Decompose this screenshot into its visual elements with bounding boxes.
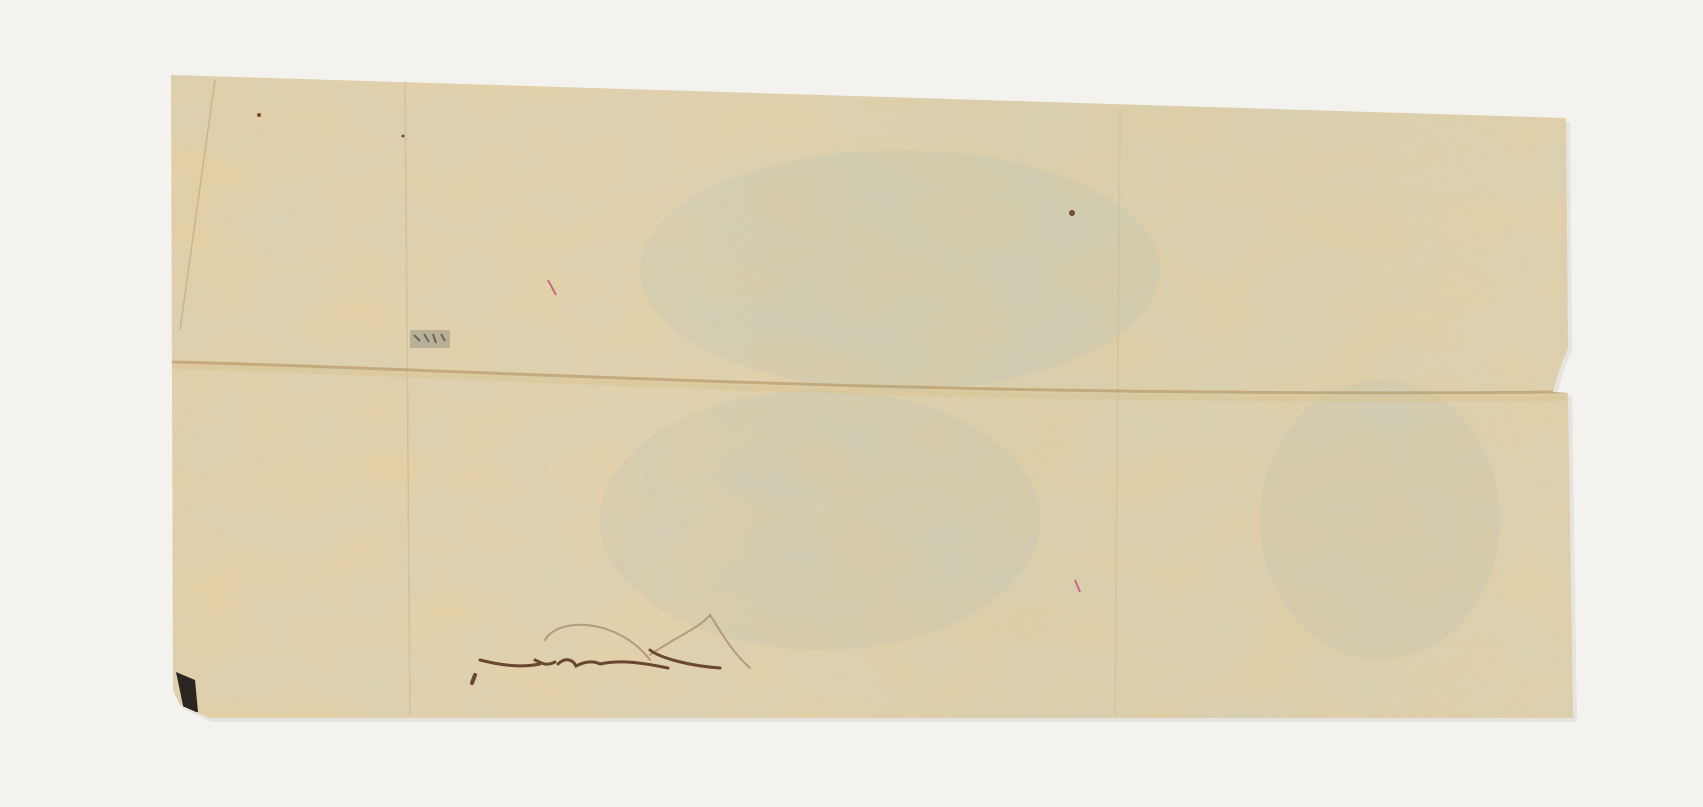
banknote-photo [0, 0, 1703, 807]
banknote-paper [160, 60, 1590, 740]
ink-stamp-smudge [410, 330, 450, 348]
